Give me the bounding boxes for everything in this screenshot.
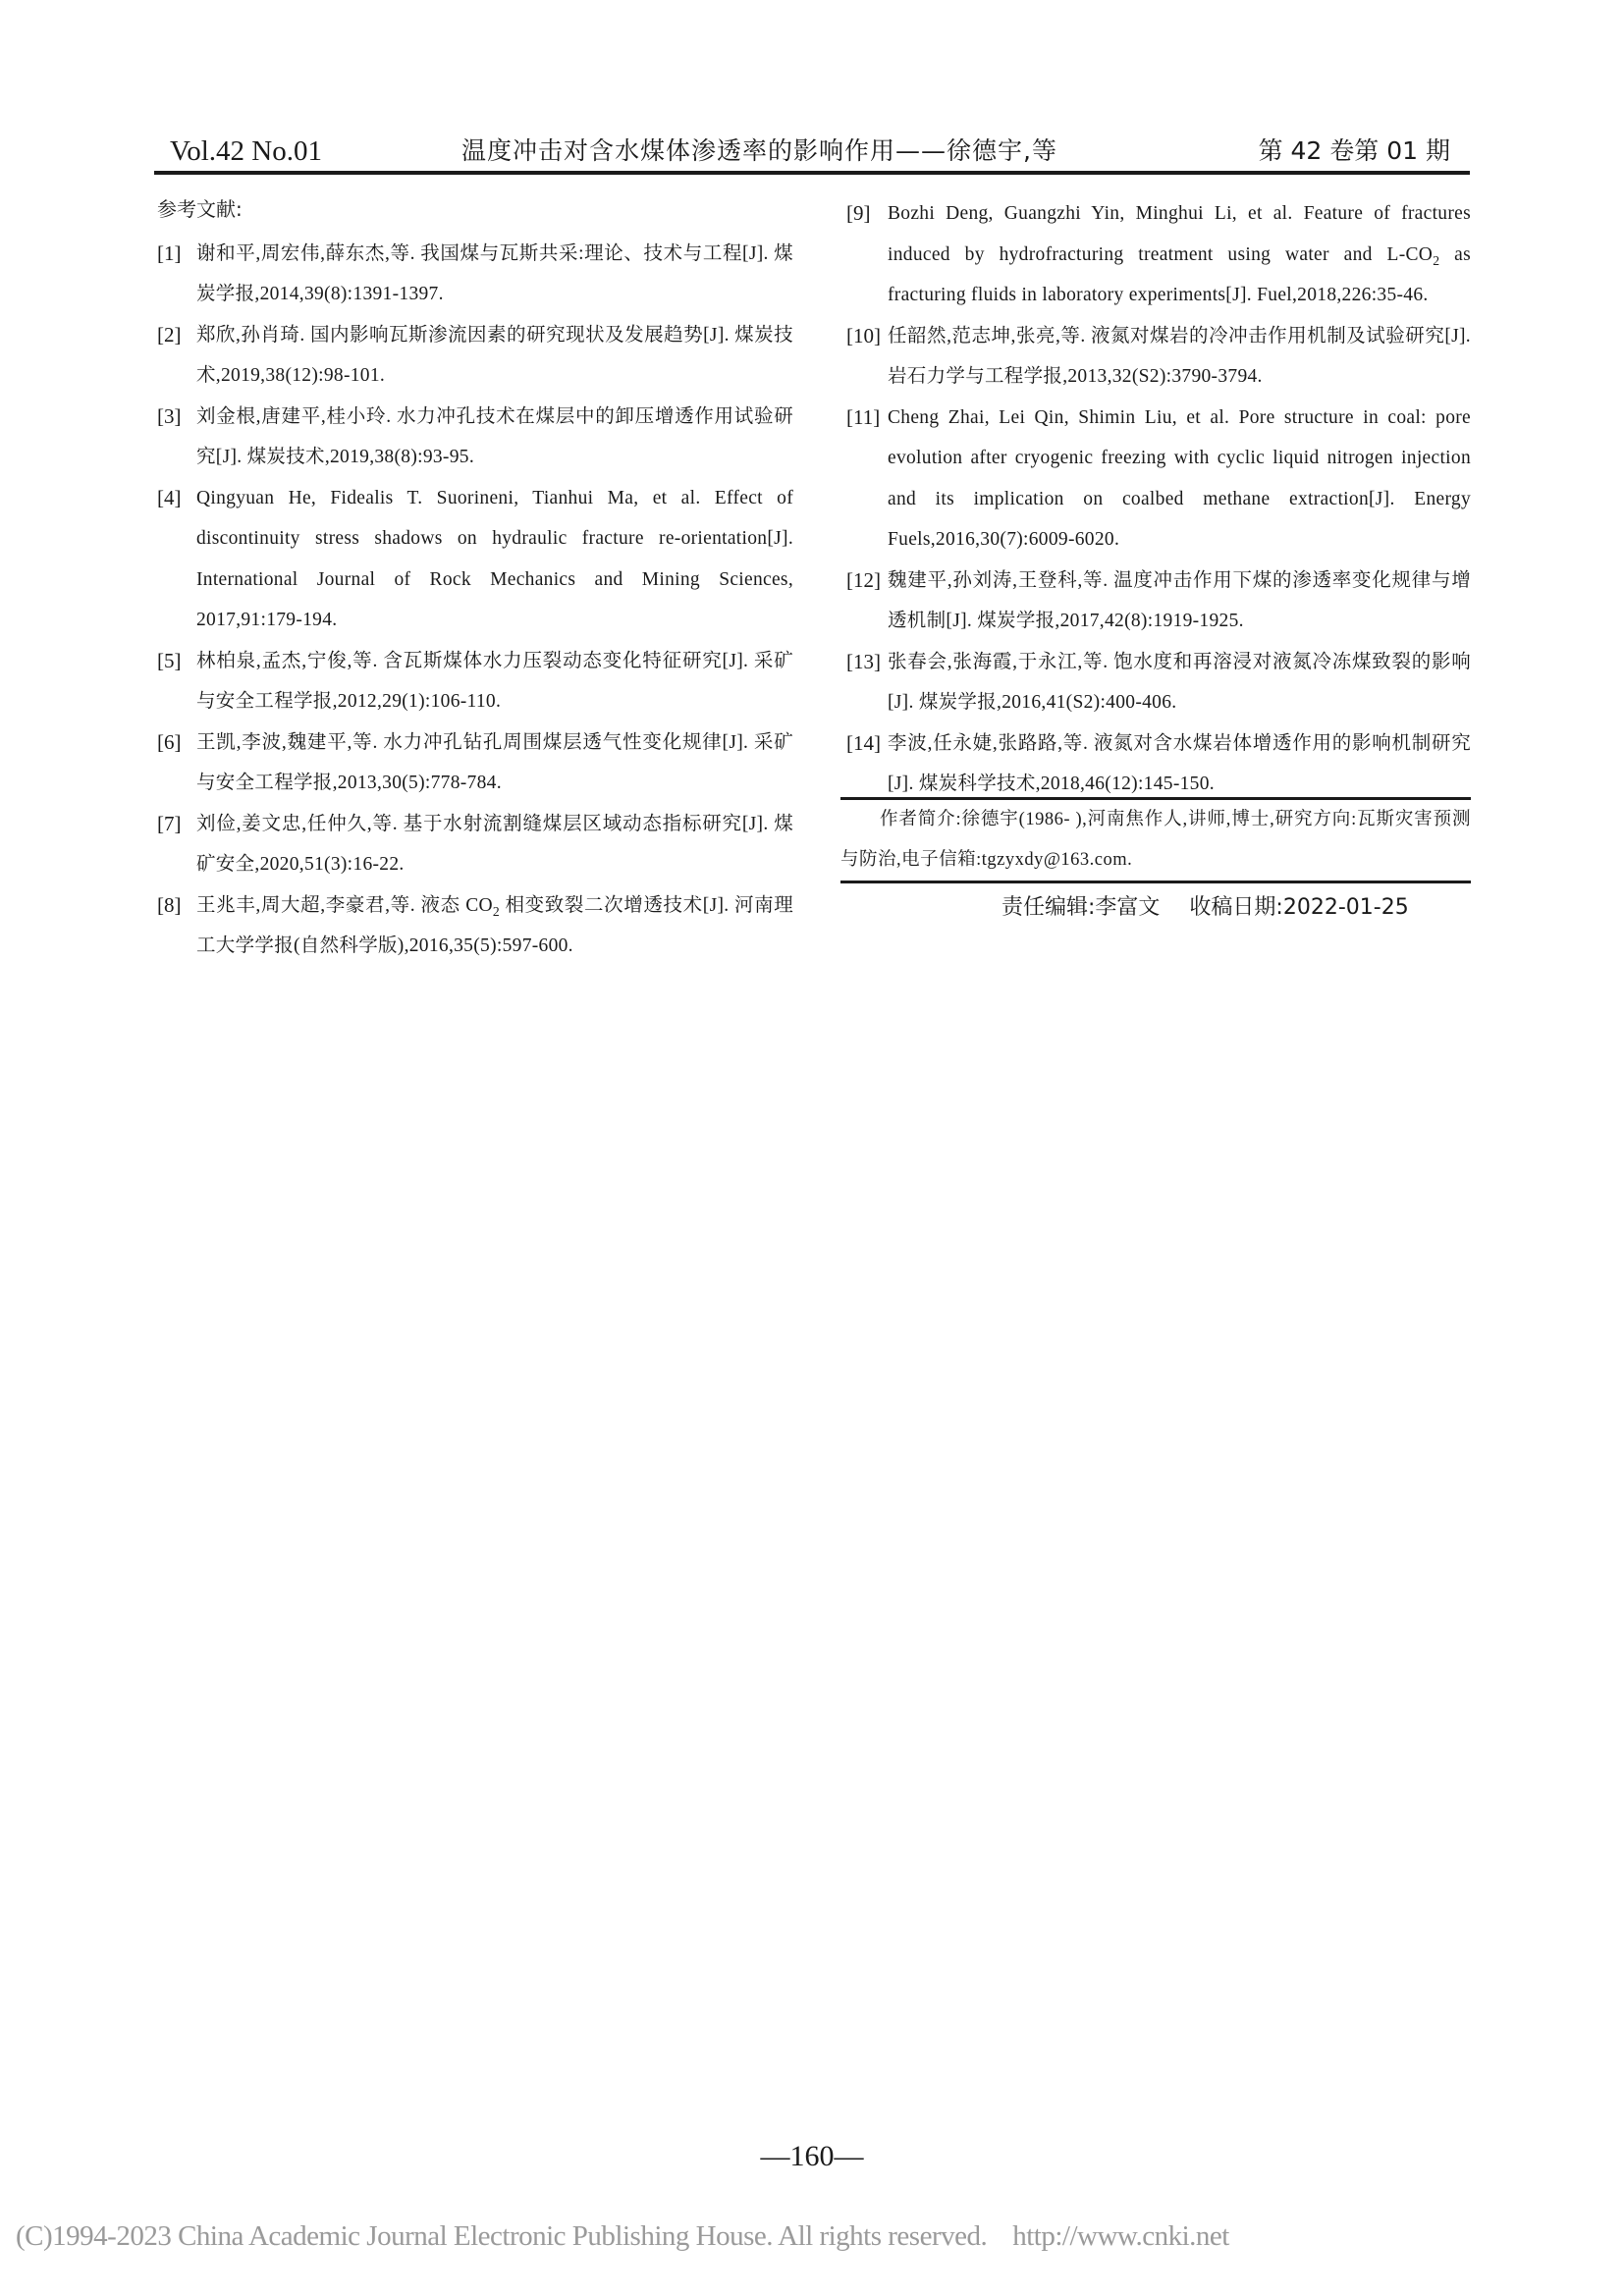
reference-text: Qingyuan He, Fidealis T. Suorineni, Tian… xyxy=(196,488,793,631)
reference-item: [13]张春会,张海霞,于永江,等. 饱水度和再溶浸对液氮冷冻煤致裂的影响[J]… xyxy=(846,642,1471,723)
reference-item: [1]谢和平,周宏伟,薛东杰,等. 我国煤与瓦斯共采:理论、技术与工程[J]. … xyxy=(157,234,793,315)
reference-number: [3] xyxy=(157,397,182,438)
reference-number: [7] xyxy=(157,804,182,845)
reference-text: 魏建平,孙刘涛,王登科,等. 温度冲击作用下煤的渗透率变化规律与增透机制[J].… xyxy=(888,570,1471,632)
references-column-left: 参考文献: [1]谢和平,周宏伟,薛东杰,等. 我国煤与瓦斯共采:理论、技术与工… xyxy=(157,192,793,967)
reference-number: [11] xyxy=(846,398,880,439)
reference-text: Bozhi Deng, Guangzhi Yin, Minghui Li, et… xyxy=(888,203,1471,305)
reference-number: [10] xyxy=(846,316,881,357)
author-bio: 作者简介:徐德宇(1986- ),河南焦作人,讲师,博士,研究方向:瓦斯灾害预测… xyxy=(840,800,1471,881)
reference-text: Cheng Zhai, Lei Qin, Shimin Liu, et al. … xyxy=(888,407,1471,551)
reference-text: 张春会,张海霞,于永江,等. 饱水度和再溶浸对液氮冷冻煤致裂的影响[J]. 煤炭… xyxy=(888,652,1471,714)
responsible-editor: 责任编辑:李富文 xyxy=(1001,895,1160,920)
reference-item: [9]Bozhi Deng, Guangzhi Yin, Minghui Li,… xyxy=(846,193,1471,316)
reference-item: [11]Cheng Zhai, Lei Qin, Shimin Liu, et … xyxy=(846,398,1471,561)
copyright-footer: (C)1994-2023 China Academic Journal Elec… xyxy=(16,2220,1229,2253)
reference-text: 林柏泉,孟杰,宁俊,等. 含瓦斯煤体水力压裂动态变化特征研究[J]. 采矿与安全… xyxy=(196,651,793,713)
reference-number: [2] xyxy=(157,315,182,356)
reference-number: [4] xyxy=(157,478,182,519)
references-heading: 参考文献: xyxy=(157,192,793,234)
reference-number: [12] xyxy=(846,561,881,602)
reference-item: [7]刘俭,姜文忠,任仲久,等. 基于水射流割缝煤层区域动态指标研究[J]. 煤… xyxy=(157,804,793,885)
reference-number: [1] xyxy=(157,234,182,275)
reference-item: [5]林柏泉,孟杰,宁俊,等. 含瓦斯煤体水力压裂动态变化特征研究[J]. 采矿… xyxy=(157,641,793,722)
reference-item: [8]王兆丰,周大超,李豪君,等. 液态 CO2 相变致裂二次增透技术[J]. … xyxy=(157,885,793,967)
reference-item: [4]Qingyuan He, Fidealis T. Suorineni, T… xyxy=(157,478,793,641)
journal-volume: Vol.42 No.01 xyxy=(170,135,322,167)
reference-item: [6]王凯,李波,魏建平,等. 水力冲孔钻孔周围煤层透气性变化规律[J]. 采矿… xyxy=(157,722,793,804)
reference-text-part: Bozhi Deng, Guangzhi Yin, Minghui Li, et… xyxy=(888,203,1471,265)
reference-item: [3]刘金根,唐建平,桂小玲. 水力冲孔技术在煤层中的卸压增透作用试验研究[J]… xyxy=(157,397,793,478)
subscript: 2 xyxy=(493,903,500,918)
received-date: 收稿日期:2022-01-25 xyxy=(1189,895,1408,920)
running-header: Vol.42 No.01 温度冲击对含水煤体渗透率的影响作用——徐德宇,等 第 … xyxy=(154,133,1470,175)
reference-number: [9] xyxy=(846,193,871,235)
reference-item: [14]李波,任永婕,张路路,等. 液氮对含水煤岩体增透作用的影响机制研究[J]… xyxy=(846,723,1471,805)
copyright-text: (C)1994-2023 China Academic Journal Elec… xyxy=(16,2220,987,2252)
reference-number: [14] xyxy=(846,723,881,765)
reference-item: [2]郑欣,孙肖琦. 国内影响瓦斯渗流因素的研究现状及发展趋势[J]. 煤炭技术… xyxy=(157,315,793,397)
reference-text-part: 王兆丰,周大超,李豪君,等. 液态 CO xyxy=(196,895,493,916)
reference-text: 刘金根,唐建平,桂小玲. 水力冲孔技术在煤层中的卸压增透作用试验研究[J]. 煤… xyxy=(196,406,793,468)
journal-issue: 第 42 卷第 01 期 xyxy=(1259,135,1450,167)
page-number: —160— xyxy=(0,2140,1624,2173)
reference-number: [6] xyxy=(157,722,182,764)
references-column-right: [9]Bozhi Deng, Guangzhi Yin, Minghui Li,… xyxy=(846,193,1471,805)
reference-number: [5] xyxy=(157,641,182,682)
reference-text: 任韶然,范志坤,张亮,等. 液氮对煤岩的冷冲击作用机制及试验研究[J]. 岩石力… xyxy=(888,326,1471,388)
reference-text: 郑欣,孙肖琦. 国内影响瓦斯渗流因素的研究现状及发展趋势[J]. 煤炭技术,20… xyxy=(196,325,793,387)
reference-item: [12]魏建平,孙刘涛,王登科,等. 温度冲击作用下煤的渗透率变化规律与增透机制… xyxy=(846,561,1471,642)
reference-item: [10]任韶然,范志坤,张亮,等. 液氮对煤岩的冷冲击作用机制及试验研究[J].… xyxy=(846,316,1471,398)
reference-text: 李波,任永婕,张路路,等. 液氮对含水煤岩体增透作用的影响机制研究[J]. 煤炭… xyxy=(888,733,1471,795)
cnki-link[interactable]: http://www.cnki.net xyxy=(1012,2220,1229,2252)
reference-number: [13] xyxy=(846,642,881,683)
reference-number: [8] xyxy=(157,885,182,927)
article-running-title: 温度冲击对含水煤体渗透率的影响作用——徐德宇,等 xyxy=(461,135,1057,167)
editor-info: 责任编辑:李富文收稿日期:2022-01-25 xyxy=(1001,888,1409,928)
author-bio-box: 作者简介:徐德宇(1986- ),河南焦作人,讲师,博士,研究方向:瓦斯灾害预测… xyxy=(840,797,1471,883)
reference-text: 王凯,李波,魏建平,等. 水力冲孔钻孔周围煤层透气性变化规律[J]. 采矿与安全… xyxy=(196,732,793,794)
reference-text: 刘俭,姜文忠,任仲久,等. 基于水射流割缝煤层区域动态指标研究[J]. 煤矿安全… xyxy=(196,814,793,876)
reference-text: 谢和平,周宏伟,薛东杰,等. 我国煤与瓦斯共采:理论、技术与工程[J]. 煤炭学… xyxy=(196,243,793,305)
reference-text: 王兆丰,周大超,李豪君,等. 液态 CO2 相变致裂二次增透技术[J]. 河南理… xyxy=(196,895,793,957)
